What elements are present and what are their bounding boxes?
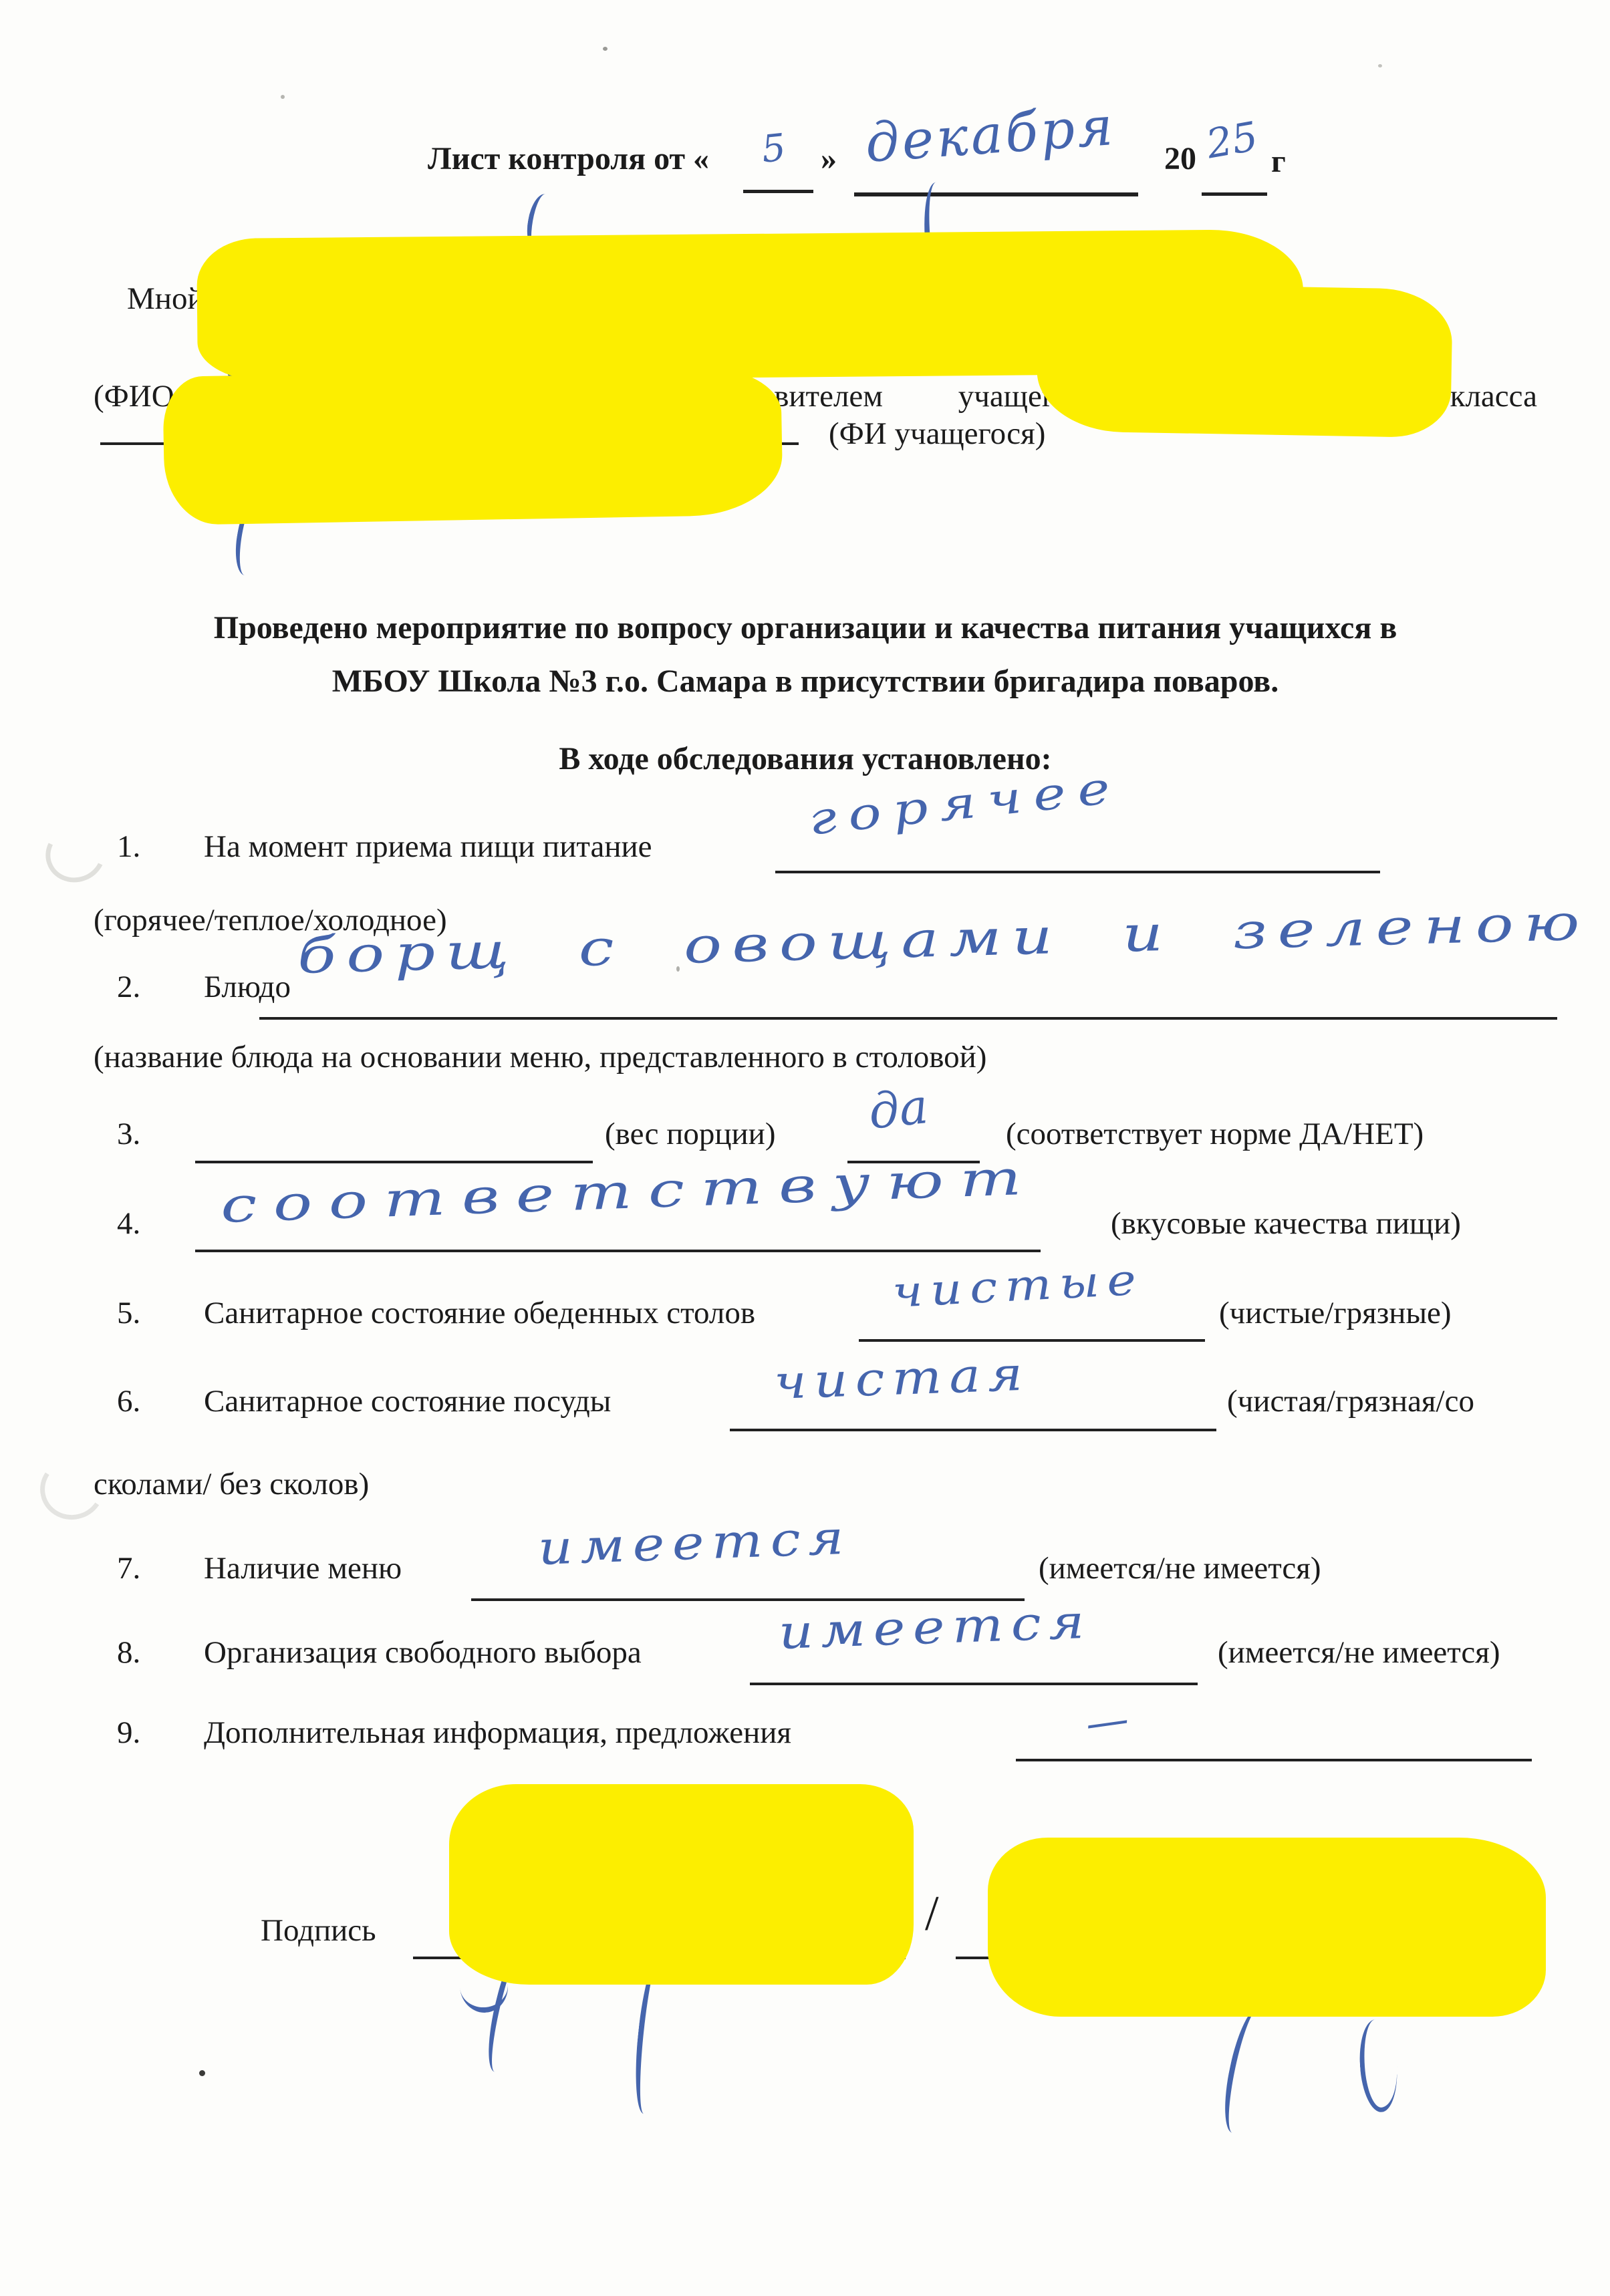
pen-stroke xyxy=(1217,2004,1275,2136)
answer-blank-line xyxy=(195,1250,1041,1252)
item-number: 1. xyxy=(117,829,140,865)
month-blank-line xyxy=(854,192,1138,196)
item-label: (вес порции) xyxy=(605,1116,775,1152)
item-label: Санитарное состояние посуды xyxy=(204,1383,611,1419)
hole-punch-mark xyxy=(34,1452,110,1526)
item-note: (название блюда на основании меню, предс… xyxy=(94,1039,986,1075)
item-note: (имеется/не имеется) xyxy=(1218,1634,1500,1671)
item-number: 6. xyxy=(117,1383,140,1419)
item-label: Наличие меню xyxy=(204,1550,402,1586)
answer-blank-line xyxy=(859,1339,1205,1342)
item-note-wrap: сколами/ без сколов) xyxy=(94,1466,369,1502)
title-close-quote: » xyxy=(821,140,837,177)
item-note: (чистые/грязные) xyxy=(1219,1295,1452,1331)
handwritten-year: 25 xyxy=(1203,113,1261,168)
item-label: На момент приема пищи питание xyxy=(204,829,652,865)
item-number: 3. xyxy=(117,1116,140,1152)
item-note: (чистая/грязная/со xyxy=(1227,1383,1474,1419)
title-prefix: Лист контроля от « xyxy=(428,140,709,177)
item-number: 9. xyxy=(117,1715,140,1751)
highlighter-redaction-signature xyxy=(449,1784,914,1985)
scan-speck xyxy=(1378,64,1382,67)
signature-label: Подпись xyxy=(261,1912,376,1949)
answer-blank-line xyxy=(730,1429,1216,1431)
item-note: (вкусовые качества пищи) xyxy=(1111,1205,1461,1242)
handwritten-answer: чистые xyxy=(891,1255,1145,1318)
answer-blank-line xyxy=(750,1683,1198,1685)
class-word: класса xyxy=(1450,378,1537,414)
item-number: 7. xyxy=(117,1550,140,1586)
hole-punch-mark xyxy=(37,817,113,891)
handwritten-day: 5 xyxy=(760,126,788,171)
title-year-unit: г xyxy=(1271,143,1286,180)
highlighter-redaction-signature-name xyxy=(988,1838,1546,2017)
item-label: Санитарное состояние обеденных столов xyxy=(204,1295,755,1331)
student-note: (ФИ учащегося) xyxy=(829,416,1045,452)
title-year-prefix: 20 xyxy=(1164,140,1196,177)
item-number: 5. xyxy=(117,1295,140,1331)
item-number: 8. xyxy=(117,1634,140,1671)
scan-speck xyxy=(199,2070,205,2076)
year-blank-line xyxy=(1202,192,1267,196)
item-label: Организация свободного выбора xyxy=(204,1634,642,1671)
item-label: Блюдо xyxy=(204,969,291,1005)
handwritten-answer: имеется xyxy=(778,1594,1093,1660)
answer-blank-line xyxy=(775,871,1380,873)
day-blank-line xyxy=(743,190,813,193)
handwritten-answer: борщ с овощами и зеленою xyxy=(297,893,1591,985)
pen-stroke xyxy=(1357,2018,1400,2113)
findings-heading: В ходе обследования установлено: xyxy=(94,740,1517,777)
handwritten-answer: имеется xyxy=(537,1510,853,1576)
event-paragraph-line1: Проведено мероприятие по вопросу организ… xyxy=(94,609,1517,646)
event-paragraph-line2: МБОУ Школа №3 г.о. Самара в присутствии … xyxy=(94,663,1517,700)
scan-speck xyxy=(603,47,608,51)
item-number: 2. xyxy=(117,969,140,1005)
item-number: 4. xyxy=(117,1205,140,1242)
fio-word: (ФИО xyxy=(94,378,174,414)
item-note: (соответствует норме ДА/НЕТ) xyxy=(1006,1116,1424,1152)
scanned-control-sheet: Лист контроля от « 5 » декабря 20 25 г М… xyxy=(0,0,1610,2296)
item-label: Дополнительная информация, предложения xyxy=(204,1715,791,1751)
handwritten-answer: чистая xyxy=(773,1346,1031,1410)
answer-blank-line xyxy=(1016,1759,1532,1761)
handwritten-month: декабря xyxy=(863,95,1117,174)
highlighter-redaction-class xyxy=(1036,283,1453,438)
highlighter-redaction-student-name xyxy=(162,366,783,525)
item-note: (имеется/не имеется) xyxy=(1039,1550,1321,1586)
handwritten-answer: — xyxy=(1083,1694,1132,1749)
answer-blank-line xyxy=(259,1017,1557,1020)
signature-separator: / xyxy=(925,1886,939,1943)
handwritten-answer: да xyxy=(866,1078,931,1140)
scan-speck xyxy=(281,95,285,99)
weight-blank-line xyxy=(195,1161,593,1163)
